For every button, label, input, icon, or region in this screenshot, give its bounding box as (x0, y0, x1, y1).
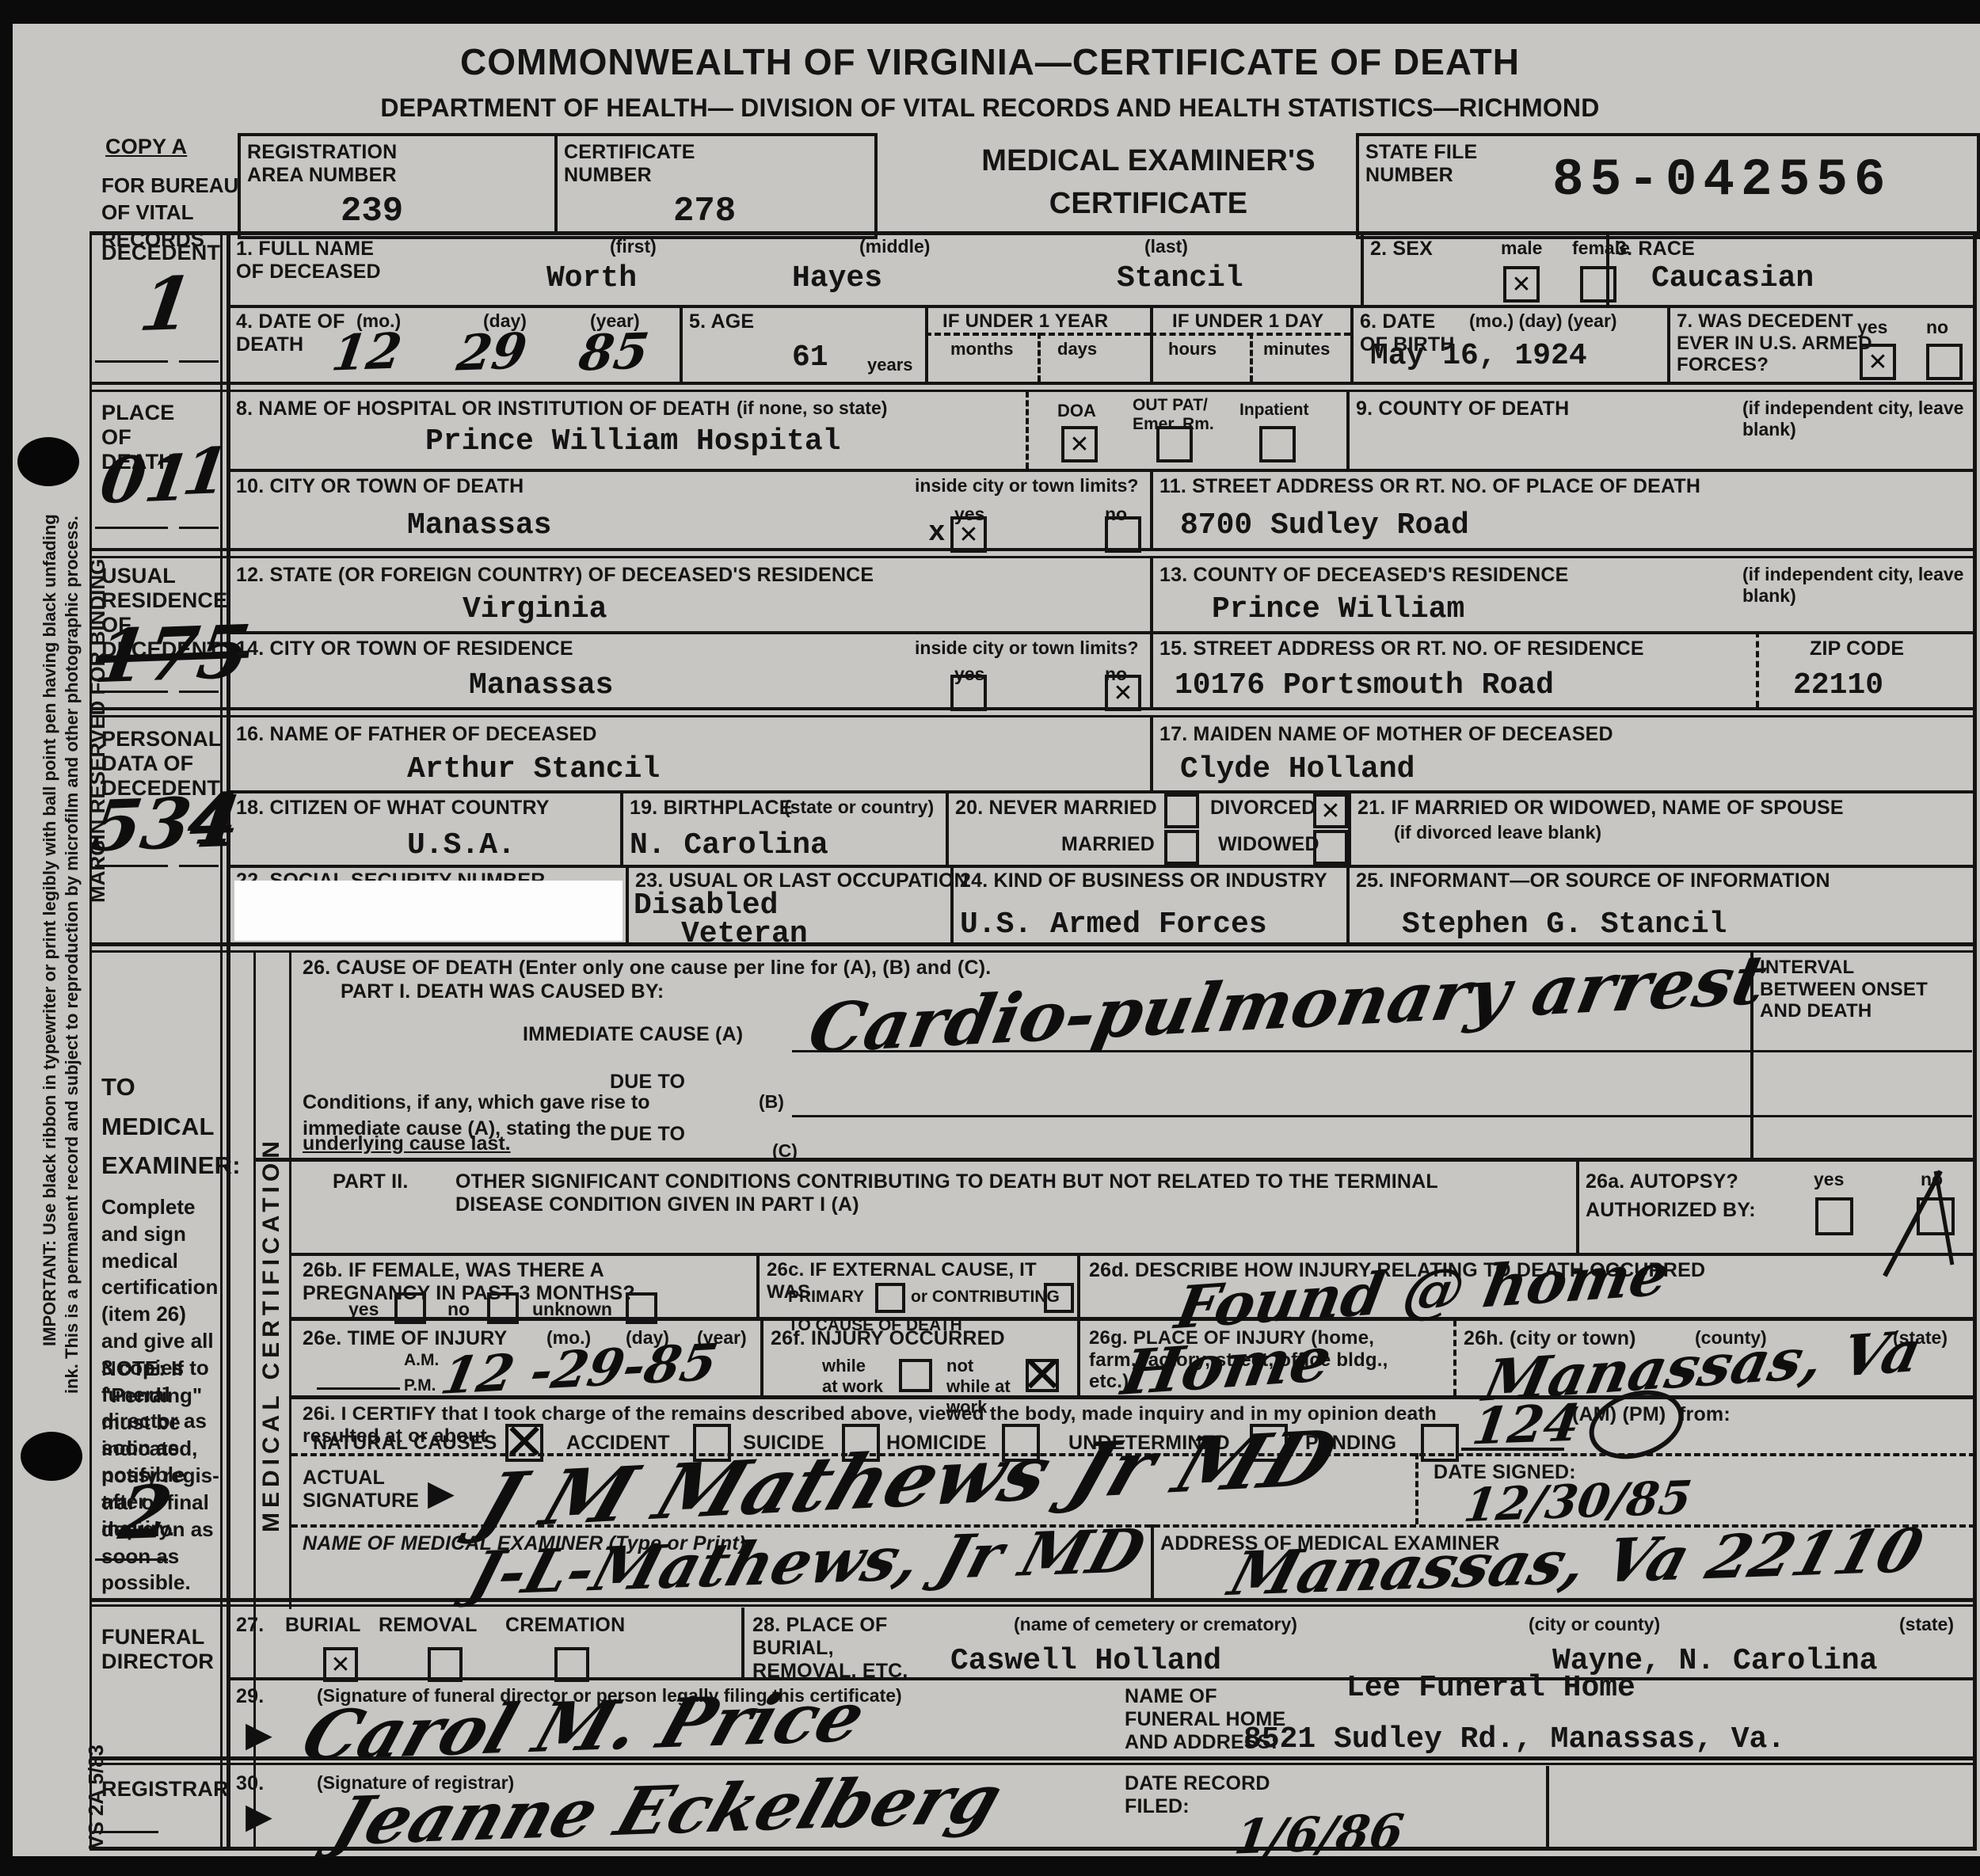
field7-no-label: no (1926, 317, 1948, 338)
field26-c-cap: (C) (772, 1140, 798, 1162)
field26a-label-line1: 26a. AUTOPSY? (1586, 1170, 1738, 1193)
field13-county-value: Prince William (1212, 592, 1464, 626)
field12-label: 12. STATE (OR FOREIGN COUNTRY) OF DECEAS… (236, 564, 874, 587)
field14-no-checkbox: ✕ (1105, 675, 1141, 711)
field26e-am-label: A.M. (404, 1351, 439, 1370)
field30-arrow-icon: ▶ (246, 1796, 272, 1836)
field27-number: 27. (236, 1614, 264, 1637)
medical-certification-vertical-label: MEDICAL CERTIFICATION (258, 1136, 285, 1532)
field2-female-checkbox (1580, 266, 1616, 303)
field26-immediate-cause-label: IMMEDIATE CAUSE (A) (523, 1023, 743, 1046)
field1-middle-name: Hayes (792, 261, 882, 295)
field8-inpatient-label: Inpatient (1239, 401, 1309, 420)
field26f-while-label: while at work (822, 1356, 885, 1397)
side-decedent-handwritten: 1 (135, 261, 198, 348)
field19-label: 19. BIRTHPLACE (630, 797, 793, 820)
field26a-label-line2: AUTHORIZED BY: (1586, 1199, 1756, 1222)
field8-label: 8. NAME OF HOSPITAL OR INSTITUTION OF DE… (236, 398, 730, 420)
field26b-yes-checkbox (394, 1292, 426, 1324)
field24-label: 24. KIND OF BUSINESS OR INDUSTRY (960, 870, 1327, 892)
field16-father-value: Arthur Stancil (407, 752, 660, 786)
field26i-from-label: from: (1679, 1403, 1731, 1426)
field8-inpatient-checkbox (1259, 426, 1296, 462)
field22-redaction-box (234, 881, 623, 941)
field11-street-value: 8700 Sudley Road (1180, 508, 1469, 542)
field17-label: 17. MAIDEN NAME OF MOTHER OF DECEASED (1159, 723, 1613, 746)
field2-male-checkbox: ✕ (1503, 266, 1540, 303)
field25-label: 25. INFORMANT—OR SOURCE OF INFORMATION (1356, 870, 1830, 892)
field26-part2-text: OTHER SIGNIFICANT CONDITIONS CONTRIBUTIN… (455, 1170, 1509, 1216)
field28-cemetery-value: Caswell Holland (950, 1644, 1221, 1678)
field27-burial-label: BURIAL (285, 1614, 361, 1637)
field26b-unknown-checkbox (626, 1292, 657, 1324)
field26c-contributing-checkbox (1044, 1283, 1074, 1313)
certificate-number-value: 278 (673, 192, 736, 231)
scan-top-bar (0, 0, 1980, 24)
field20-divorced-label: DIVORCED (1210, 797, 1316, 820)
field10-no-checkbox (1105, 516, 1141, 553)
certificate-subtitle: DEPARTMENT OF HEALTH— DIVISION OF VITAL … (0, 93, 1980, 123)
field14-yes-checkbox (950, 675, 987, 711)
field12-state-value: Virginia (463, 592, 607, 626)
field6-dob-value: May 16, 1924 (1370, 339, 1587, 373)
field26-b-cap: (B) (759, 1091, 784, 1113)
field28-label: 28. PLACE OF BURIAL, REMOVAL, ETC. (752, 1614, 927, 1682)
field15-label: 15. STREET ADDRESS OR RT. NO. OF RESIDEN… (1159, 637, 1644, 660)
field14-limits-label: inside city or town limits? (915, 637, 1138, 659)
field26-interval-label: INTERVAL BETWEEN ONSET AND DEATH (1760, 957, 1950, 1022)
field27-removal-checkbox (428, 1647, 463, 1682)
field13-note: (if independent city, leave blank) (1742, 564, 1980, 607)
field7-no-checkbox (1926, 344, 1963, 380)
side-to-medical-examiner-label: TO MEDICAL EXAMINER: (101, 1067, 212, 1185)
certificate-number-label: CERTIFICATE NUMBER (564, 141, 722, 187)
field2-label: 2. SEX (1370, 238, 1433, 261)
field1-first-name: Worth (546, 261, 637, 295)
certificate-title: COMMONWEALTH OF VIRGINIA—CERTIFICATE OF … (0, 41, 1980, 83)
field26i-natural-label: NATURAL CAUSES (313, 1432, 497, 1455)
field29-number: 29. (236, 1685, 264, 1708)
field27-cremation-label: CREMATION (505, 1614, 625, 1637)
field26f-while-checkbox (899, 1359, 932, 1392)
margin-important-line2: ink. This is a permanent record and subj… (62, 301, 82, 1394)
field7-yes-label: yes (1857, 317, 1887, 338)
field30-date-filed-handwritten: 1/6/86 (1231, 1804, 1407, 1865)
field7-yes-checkbox: ✕ (1860, 344, 1896, 380)
field4-hand-year: 85 (576, 322, 653, 382)
field20-widowed-label: WIDOWED (1218, 833, 1319, 856)
field27-removal-label: REMOVAL (379, 1614, 478, 1637)
field14-city-value: Manassas (469, 668, 613, 702)
field1-cap-middle: (middle) (859, 236, 930, 257)
field20-never-married-label: 20. NEVER MARRIED (955, 797, 1157, 820)
state-file-value: 85-042556 (1552, 150, 1891, 210)
field26a-yes-label: yes (1814, 1169, 1844, 1190)
field15-street-value: 10176 Portsmouth Road (1175, 668, 1554, 702)
field18-label: 18. CITIZEN OF WHAT COUNTRY (236, 797, 550, 820)
field27-burial-checkbox: ✕ (323, 1647, 358, 1682)
field26b-no-label: no (447, 1299, 470, 1320)
field10-yes-checkbox: ✕ (950, 516, 987, 553)
field26f-label: 26f. INJURY OCCURRED (771, 1327, 1005, 1350)
scan-left-bar (0, 0, 13, 1876)
field26f-not-while-checkbox: ✕ (1026, 1359, 1059, 1392)
field20-divorced-checkbox: ✕ (1313, 793, 1348, 828)
field5-months-cap: months (950, 339, 1013, 360)
field26b-yes-label: yes (348, 1299, 379, 1320)
field26a-yes-checkbox (1815, 1197, 1853, 1235)
margin-important-line1: IMPORTANT: Use black ribbon in typewrite… (40, 317, 60, 1346)
field5-hours-cap: hours (1168, 339, 1217, 360)
field26-conditions-note-underline: underlying cause last. (303, 1131, 511, 1157)
field5-under1year-label: IF UNDER 1 YEAR (942, 310, 1108, 333)
field28-cap-cemetery: (name of cemetery or crematory) (1014, 1614, 1297, 1635)
scan-bottom-bar (0, 1856, 1980, 1876)
me-certificate-line1: MEDICAL EXAMINER'S (935, 144, 1362, 179)
field28-cap-city: (city or county) (1529, 1614, 1660, 1635)
copy-label: COPY A (105, 135, 187, 159)
field11-label: 11. STREET ADDRESS OR RT. NO. OF PLACE O… (1159, 475, 1700, 498)
field26-part1-label: PART I. DEATH WAS CAUSED BY: (341, 980, 664, 1003)
field26-label: 26. CAUSE OF DEATH (Enter only one cause… (303, 957, 991, 980)
field8-cap: (if none, so state) (737, 398, 887, 419)
field8-doa-label: DOA (1057, 401, 1096, 421)
punch-hole (21, 1432, 82, 1481)
field10-city-value: Manassas (407, 508, 551, 542)
field30-number: 30. (236, 1772, 264, 1795)
field23-occupation-line2: Veteran (681, 917, 808, 951)
field26b-unknown-label: unknown (532, 1299, 612, 1320)
field5-age-value: 61 (792, 341, 828, 375)
field29-home-address-value: 8521 Sudley Rd., Manassas, Va. (1243, 1722, 1785, 1756)
field13-label: 13. COUNTY OF DECEASED'S RESIDENCE (1159, 564, 1569, 587)
registration-area-label: REGISTRATION AREA NUMBER (247, 141, 421, 187)
field10-typed-mark: x (928, 516, 946, 549)
field8-outpat-checkbox (1156, 426, 1193, 462)
field16-label: 16. NAME OF FATHER OF DECEASED (236, 723, 597, 746)
field1-last-name: Stancil (1117, 261, 1243, 295)
field26-due-to-c-label: DUE TO (610, 1123, 685, 1146)
examiner-address-handwritten: Manassas, Va 22110 (1221, 1515, 1931, 1609)
field26e-pm-label: P.M. (404, 1376, 436, 1395)
signature-arrow-icon: ▶ (428, 1473, 455, 1513)
field26b-no-checkbox (487, 1292, 519, 1324)
field4-hand-month: 12 (329, 322, 406, 382)
field4-hand-day: 29 (454, 322, 531, 382)
field24-industry-value: U.S. Armed Forces (960, 908, 1267, 942)
side-residence-handwritten: 175 (90, 609, 255, 700)
me-certificate-line2: CERTIFICATE (935, 187, 1362, 222)
field29-home-name-value: Lee Funeral Home (1346, 1671, 1635, 1705)
field18-citizen-value: U.S.A. (407, 828, 516, 862)
field26c-contributing-label: or CONTRIBUTING (911, 1288, 1060, 1307)
field26-part2-label: PART II. (333, 1170, 409, 1193)
field20-widowed-checkbox (1313, 830, 1348, 865)
field19-cap: (state or country) (784, 797, 934, 818)
field15-zip-value: 22110 (1793, 668, 1883, 702)
field14-label: 14. CITY OR TOWN OF RESIDENCE (236, 637, 573, 660)
state-file-label: STATE FILE NUMBER (1365, 141, 1492, 187)
field28-cap-state: (state) (1899, 1614, 1954, 1635)
field1-label: 1. FULL NAME OF DECEASED (236, 238, 394, 283)
field5-years-cap: years (867, 355, 913, 375)
field19-birthplace-value: N. Carolina (630, 828, 828, 862)
field1-cap-first: (first) (610, 236, 657, 257)
registration-area-value: 239 (341, 192, 403, 231)
field9-label: 9. COUNTY OF DEATH (1356, 398, 1569, 420)
field8-doa-checkbox: ✕ (1061, 426, 1098, 462)
field17-mother-value: Clyde Holland (1180, 752, 1415, 786)
side-registrar-label: REGISTRAR (101, 1777, 229, 1802)
field29-arrow-icon: ▶ (246, 1714, 272, 1755)
actual-signature-label: ACTUAL SIGNATURE (303, 1467, 413, 1513)
field10-label: 10. CITY OR TOWN OF DEATH (236, 475, 524, 498)
field26i-pending-checkbox (1421, 1424, 1459, 1462)
field5-minutes-cap: minutes (1263, 339, 1330, 360)
field20-married-label: MARRIED (1061, 833, 1155, 856)
field9-note: (if independent city, leave blank) (1742, 398, 1980, 440)
field26c-primary-label: PRIMARY (788, 1288, 864, 1307)
side-funeral-director-label: FUNERAL DIRECTOR (101, 1625, 204, 1674)
death-certificate-scan: IMPORTANT: Use black ribbon in typewrite… (0, 0, 1980, 1876)
field7-label: 7. WAS DECEDENT EVER IN U.S. ARMED FORCE… (1677, 310, 1883, 376)
date-signed-handwritten: 12/30/85 (1460, 1471, 1695, 1532)
field3-race-value: Caucasian (1651, 261, 1814, 295)
field21-note: (if divorced leave blank) (1394, 822, 1601, 843)
field1-cap-last: (last) (1144, 236, 1188, 257)
field5-under1day-label: IF UNDER 1 DAY (1172, 310, 1323, 333)
field2-male-label: male (1501, 238, 1542, 259)
field26c-primary-checkbox (875, 1283, 905, 1313)
field10-limits-label: inside city or town limits? (915, 475, 1138, 497)
field15-zip-label: ZIP CODE (1810, 637, 1904, 660)
field3-label: 3. RACE (1616, 238, 1695, 261)
field5-label: 5. AGE (689, 310, 754, 333)
field21-label: 21. IF MARRIED OR WIDOWED, NAME OF SPOUS… (1357, 797, 1912, 820)
field27-cremation-checkbox (554, 1647, 589, 1682)
field25-informant-value: Stephen G. Stancil (1402, 908, 1727, 942)
field26g-handwritten: Home (1117, 1323, 1337, 1410)
field8-hospital-value: Prince William Hospital (425, 424, 841, 459)
field20-married-checkbox (1164, 830, 1199, 865)
field5-days-cap: days (1057, 339, 1097, 360)
field20-never-married-checkbox (1164, 793, 1199, 828)
field6-caps: (mo.) (day) (year) (1469, 310, 1617, 332)
